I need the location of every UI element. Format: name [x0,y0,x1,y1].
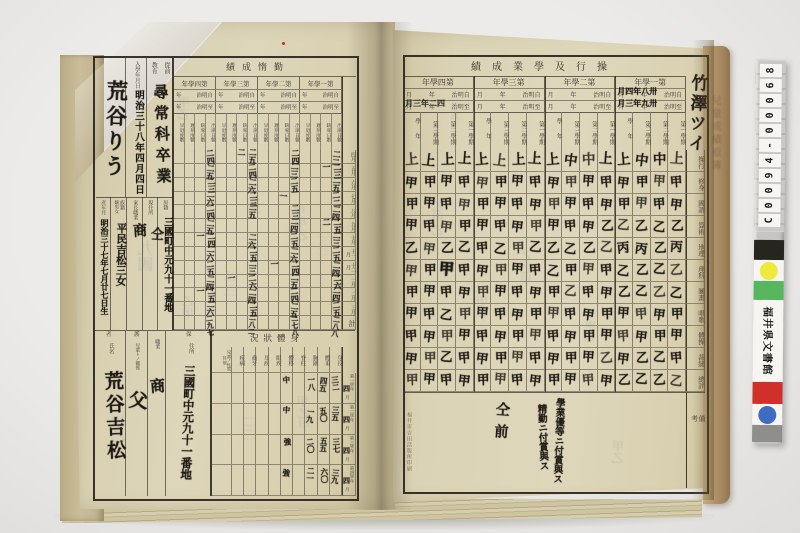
attendance-from-row: 年治明自 [216,89,258,101]
grade-mark: 甲 [528,375,542,389]
physique-year-label: 第二學年 [350,405,354,422]
patch-red-square [752,382,782,404]
grade-cell: 甲 [491,282,509,304]
grade-cell: 乙 [651,216,669,238]
month-label: 二月 [342,288,356,302]
grade-cell: 甲 [491,326,509,348]
grade-cell: 甲 [545,194,563,216]
attendance-to-row: 年治明至 [174,101,216,113]
grade-mark: 甲 [547,374,560,387]
attendance-cell [311,316,322,330]
grade-cell: 甲 [491,370,509,392]
grade-mark: 乙 [546,265,560,279]
physique-value: 六〇 [319,468,327,483]
era-label: 治明自 [322,91,339,100]
grade-cell: 甲 [456,194,474,216]
attendance-cell [321,247,332,261]
guardian-prefix: 者 [106,333,112,339]
grade-mark: 甲 [670,329,683,342]
attendance-cell [237,205,248,219]
ruler-id-cell: 0 [758,199,780,212]
year-char: 年 [302,91,308,100]
grade-mark: 甲 [652,175,665,188]
grade-mark: 乙 [670,287,684,301]
grade-cell: 甲 [527,172,545,194]
physique-value: 中 [282,405,290,413]
attendance-cell [227,205,238,219]
grade-mark: 甲 [635,197,648,210]
month-label: 十一月 [342,247,356,261]
attendance-cell [227,233,238,247]
attendance-cell [216,316,227,330]
year-char: 年 [570,90,576,99]
term-label: 第一學期 [598,112,616,150]
attendance-table: 績成惰勤年學四第年治明自年治明至早退度數遲刻度數缺席日數出席日數年學三第年治明自… [173,58,355,330]
grade-cell: 中 [562,150,580,172]
year-char: 年 [302,103,308,112]
grade-mark: 甲 [581,309,595,323]
grade-cell: 丙 [615,238,633,260]
grade-cell: 乙 [456,238,474,260]
physique-cell [244,373,256,404]
attendance-cell: 二五 [290,178,301,192]
attendance-cell [216,233,227,247]
grade-mark: 甲 [494,176,507,189]
attendance-cell [300,164,311,178]
era-label: 治明至 [280,103,297,112]
attendance-cell [279,316,290,330]
attendance-cell [174,247,185,261]
grade-cell: 乙 [598,216,616,238]
grade-cell: 甲 [580,260,598,282]
physique-cell: 一八 [305,373,317,404]
attendance-cell: 二二 [332,150,343,164]
prior-education-label-right: 從前 [163,62,169,74]
birth-value: 明治三十七年七月廿七日生 [99,219,110,315]
attendance-cell [185,164,196,178]
month-label: 十月 [342,233,356,247]
grade-mark: 甲 [582,263,595,276]
printer-colophon: 福井市吉田活版所印刷 [406,412,413,472]
attendance-cell: 二五 [332,247,343,261]
attendance-cell [174,219,185,233]
attendance-cell [174,205,185,219]
physique-year-cell: 第一學年四月 [342,373,356,404]
attendance-cell: 二二 [332,192,343,206]
physique-cell: 五〇 [318,404,330,435]
physique-year-cell: 第三學年四月 [342,435,356,466]
ruler-id-cell: 4 [759,154,781,167]
grade-mark: 甲 [618,198,631,211]
era-label: 治明至 [593,102,611,111]
grade-mark: 甲 [457,199,471,213]
attendance-subcol-label: 出席日數 [332,113,343,150]
attendance-value: 二五 [289,176,298,193]
grade-mark: 甲 [422,308,436,322]
grade-cell: 甲 [509,348,527,370]
physique-table: 況狀體身兒童ノ性質其他疾病齒牙耳疾眼疾體格脊柱胸圍體重身長中一八四五三二第一學年… [211,331,355,496]
attendance-subcol-label: 缺席日數 [237,113,248,150]
grade-mark: 甲 [493,197,506,210]
grade-cell: 甲 [403,172,421,194]
grade-cell: 甲 [668,194,686,216]
grade-cell: 乙 [580,238,598,260]
era-label: 治明自 [522,90,540,99]
grade-mark: 上 [546,153,561,168]
grade-mark: 甲 [439,261,455,277]
grade-mark: 甲 [530,220,543,233]
attendance-cell: 二八二 [248,316,259,330]
grade-mark: 甲 [494,352,507,365]
grade-mark: 甲 [599,329,612,342]
grade-cell: 甲 [421,216,439,238]
attendance-cell [258,233,269,247]
grade-mark: 乙 [670,375,684,389]
attendance-cell: 二四 [206,205,217,219]
year-char: 年 [218,103,224,112]
attendance-cell [321,316,332,330]
attendance-cell [279,178,290,192]
attendance-cell: 二五 [206,261,217,275]
grade-mark: 丙 [617,242,631,256]
grade-cell: 甲 [651,304,669,326]
attendance-cell [279,150,290,164]
attendance-cell [195,178,206,192]
occupation-column: 家長職業 商 [127,197,143,330]
term-label: 學年 [545,112,563,150]
grade-cell: 甲 [562,304,580,326]
attendance-cell [300,178,311,192]
attendance-subcol-label: 早退度數 [216,113,227,150]
attendance-cell [258,164,269,178]
era-label: 治明自 [280,91,297,100]
grade-mark: 乙 [493,243,507,257]
term-label: 學年 [615,112,633,150]
guardian-section: 者 氏名 荒谷吉松 護 兒童トノ關係 父 職業 商 保 住所 三國町中元九十一番… [96,331,211,496]
physique-cell [232,435,244,466]
grade-mark: 甲 [422,331,436,345]
attendance-subcol-label: 遲刻度數 [185,113,196,150]
grade-cell: 甲 [633,304,651,326]
attendance-cell: 二四 [206,150,217,164]
attendance-cell [269,233,280,247]
attendance-cell [227,247,238,261]
grade-mark: 甲 [459,308,472,321]
guardian-relation-column: 護 兒童トノ關係 父 [126,331,148,496]
year-char: 年 [570,102,576,111]
grade-mark: 甲 [459,220,472,233]
grade-cell: 甲 [474,370,492,392]
grade-cell: 甲 [474,216,492,238]
month-label: 四月 [342,150,356,164]
physique-year-cell: 第四學年四月 [342,465,356,496]
grade-cell: 乙 [615,216,633,238]
physique-column-label: 疾病 [232,347,244,373]
group-separator [545,76,546,392]
right-page-edge-shading [692,40,714,500]
physique-cell: 三七 [330,435,342,466]
physique-year-label: 第三學年 [350,436,354,453]
grade-mark: 乙 [652,374,666,388]
attendance-cell [300,302,311,316]
grade-mark: 甲 [564,220,578,234]
ruler-id-cell: 0 [759,109,781,122]
grade-cell: 甲 [474,282,492,304]
student-name-column: 荒谷りう [96,58,126,197]
physique-note-cell [212,404,232,435]
ruler-id-cell: 0 [759,124,781,137]
grade-cell: 甲 [474,172,492,194]
grade-mark: 甲 [670,199,684,213]
grade-mark: 甲 [422,285,435,298]
month-label: 六月 [342,178,356,192]
attendance-cell [269,302,280,316]
grade-mark: 乙 [600,220,613,233]
grade-cell: 甲 [509,238,527,260]
physique-value: 四五 [318,377,328,393]
attendance-cell [185,261,196,275]
grade-mark: 乙 [670,264,684,278]
patch-grey-square [752,425,782,442]
grade-cell: 甲 [633,326,651,348]
grade-mark: 甲 [422,243,436,257]
attendance-cell [174,302,185,316]
grade-mark: 甲 [475,177,489,191]
attendance-cell [216,150,227,164]
grade-mark: 甲 [510,221,524,235]
grade-cell: 甲 [598,194,616,216]
attendance-cell [195,302,206,316]
attendance-cell [300,233,311,247]
attendance-cell: 二五 [206,164,217,178]
attendance-cell: 一 [321,164,332,178]
grade-mark: 乙 [405,242,419,256]
grade-mark: 上 [511,153,525,167]
grade-mark: 甲 [457,375,471,389]
grade-mark: 乙 [440,351,453,364]
attendance-cell [258,316,269,330]
grade-mark: 甲 [475,242,489,256]
grade-cell: 丙 [668,238,686,260]
grade-cell: 甲 [527,370,545,392]
grade-cell: 甲 [509,216,527,238]
grade-mark: 乙 [635,373,648,386]
grade-mark: 甲 [477,286,490,299]
ruler-id-cell: C [758,214,780,227]
grade-mark: 乙 [652,263,665,276]
attendance-subcol-label: 缺席日數 [321,113,332,150]
physique-value: 二〇 [306,437,315,453]
term-label: 第二學期 [509,112,527,150]
grade-cell: 乙 [545,260,563,282]
attendance-cell [216,275,227,289]
attendance-cell [321,178,332,192]
attendance-cell [216,247,227,261]
grade-cell: 甲 [668,348,686,370]
attendance-subcol-label: 遲刻度數 [227,113,238,150]
attendance-value: 一 [278,191,287,200]
grade-cell: 甲 [403,326,421,348]
grade-cell: 上 [403,150,421,172]
grade-mark: 甲 [406,198,419,211]
grade-mark: 甲 [565,176,578,189]
grade-mark: 甲 [457,287,471,301]
birth-label: 産年月 [100,200,105,215]
physique-value: 三九 [330,469,340,485]
attendance-cell [227,302,238,316]
grade-mark: 甲 [565,264,578,277]
grade-mark: 甲 [422,373,435,386]
month-label: 三月 [342,302,356,316]
physique-value: 一九 [305,407,315,423]
attendance-cell [300,288,311,302]
color-calibration-strip: 86000-4900C 福井県文書館 [752,60,786,444]
grade-cell: 甲 [527,216,545,238]
grade-cell: 甲 [456,260,474,282]
physique-value: 一八 [307,376,315,391]
attendance-value: 二三 [289,162,298,179]
physique-cell [244,465,256,496]
grade-cell: 乙 [438,348,456,370]
admission-label: 入學年月日 [133,61,139,89]
grade-cell: 乙 [651,282,669,304]
grade-cell: 乙 [615,282,633,304]
attendance-cell [269,164,280,178]
grade-cell: 甲 [421,304,439,326]
attendance-cell [321,233,332,247]
era-label: 治明至 [196,103,213,112]
attendance-cell [237,219,248,233]
grade-cell: 甲 [509,326,527,348]
grade-cell: 甲 [668,304,686,326]
grade-mark: 甲 [582,351,595,364]
physique-title: 況狀體身 [212,332,342,344]
grade-cell: 甲 [545,370,563,392]
remarks-text: 精勤ニ付賞與ス [536,404,548,471]
grade-cell: 乙 [403,238,421,260]
grade-cell: 甲 [545,304,563,326]
birth-column: 産年月 明治三十七年七月廿七日生 [96,197,111,330]
attendance-to-row: 年治明至 [258,101,300,113]
physique-value: 三二 [330,376,339,392]
physique-cell [293,465,305,496]
physique-month-value: 四 [343,384,350,394]
grade-cell: 乙 [633,282,651,304]
grade-cell: 甲 [527,348,545,370]
grade-mark: 甲 [565,352,578,365]
grade-mark: 甲 [458,264,472,278]
grade-cell: 上 [615,150,633,172]
attendance-cell [216,288,227,302]
attendance-cell [174,178,185,192]
grade-cell: 上 [527,150,545,172]
physique-month-char: 月 [345,459,350,464]
attendance-cell [269,205,280,219]
grade-mark: 甲 [511,286,525,300]
grade-cell: 甲 [668,172,686,194]
grade-mark: 甲 [636,176,649,189]
attendance-to-row: 年治明至 [300,101,342,113]
attendance-cell [311,233,322,247]
physique-column-label: 體重 [318,347,330,373]
era-label: 治明至 [238,103,255,112]
grade-cell: 甲 [456,282,474,304]
grade-cell: 甲 [421,282,439,304]
attendance-cell [185,302,196,316]
attendance-cell [279,247,290,261]
grade-cell: 甲 [615,348,633,370]
physique-cell: 四五 [318,373,330,404]
grade-cell: 乙 [438,238,456,260]
physique-cell: 三九 [330,465,342,496]
grade-mark: 甲 [634,331,648,345]
attendance-cell: 一 [227,275,238,289]
attendance-cell [174,288,185,302]
attendance-cell [185,150,196,164]
physique-note-column-label: 兒童ノ性質其他 [212,347,232,373]
guardian-address-label: 住所 [187,343,193,354]
grade-cell: 甲 [598,370,616,392]
physique-cell: 一九 [305,404,317,435]
physique-cell [269,435,281,466]
grade-mark: 甲 [652,309,666,323]
attendance-subcol-label: 出席日數 [206,113,217,150]
grade-cell: 甲 [527,282,545,304]
guardian-occupation-value: 商 [149,374,166,396]
physique-cell: 強 [281,435,293,466]
physique-year-label: 第四學年 [350,466,354,483]
grade-mark: 甲 [475,219,488,232]
physique-cell [293,435,305,466]
physique-value: 二一 [306,467,315,483]
grade-mark: 甲 [546,307,559,320]
grade-mark: 甲 [493,285,506,298]
attendance-cell [185,288,196,302]
grade-mark: 甲 [616,353,630,367]
attendance-cell [227,316,238,330]
ruler-id-cell: 9 [759,169,781,182]
grade-mark: 甲 [441,330,454,343]
grade-mark: 甲 [422,220,436,234]
attendance-value: 二五 [331,175,340,192]
grade-cell: 甲 [545,216,563,238]
attendance-cell [300,247,311,261]
attendance-cell [216,302,227,316]
grade-cell: 乙 [668,282,686,304]
grade-mark: 甲 [406,374,419,387]
grade-cell: 甲 [509,370,527,392]
grade-mark: 甲 [634,308,648,322]
family-label: 族籍 [119,200,124,210]
admission-value: 明治三十八年四月四日 [131,90,145,195]
grade-cell: 上 [456,150,474,172]
grade-cell: 甲 [421,194,439,216]
attendance-cell [258,275,269,289]
grade-mark: 甲 [653,330,666,343]
grade-cell: 甲 [562,348,580,370]
physique-cell [244,435,256,466]
grade-cell: 甲 [527,260,545,282]
attendance-cell [279,219,290,233]
attendance-cell [216,178,227,192]
grade-cell: 乙 [668,370,686,392]
attendance-cell [300,150,311,164]
grade-mark: 甲 [405,307,418,320]
attendance-cell [311,302,322,316]
grade-cell: 甲 [527,194,545,216]
grade-cell: 中 [633,150,651,172]
term-label: 第二學期 [438,112,456,150]
